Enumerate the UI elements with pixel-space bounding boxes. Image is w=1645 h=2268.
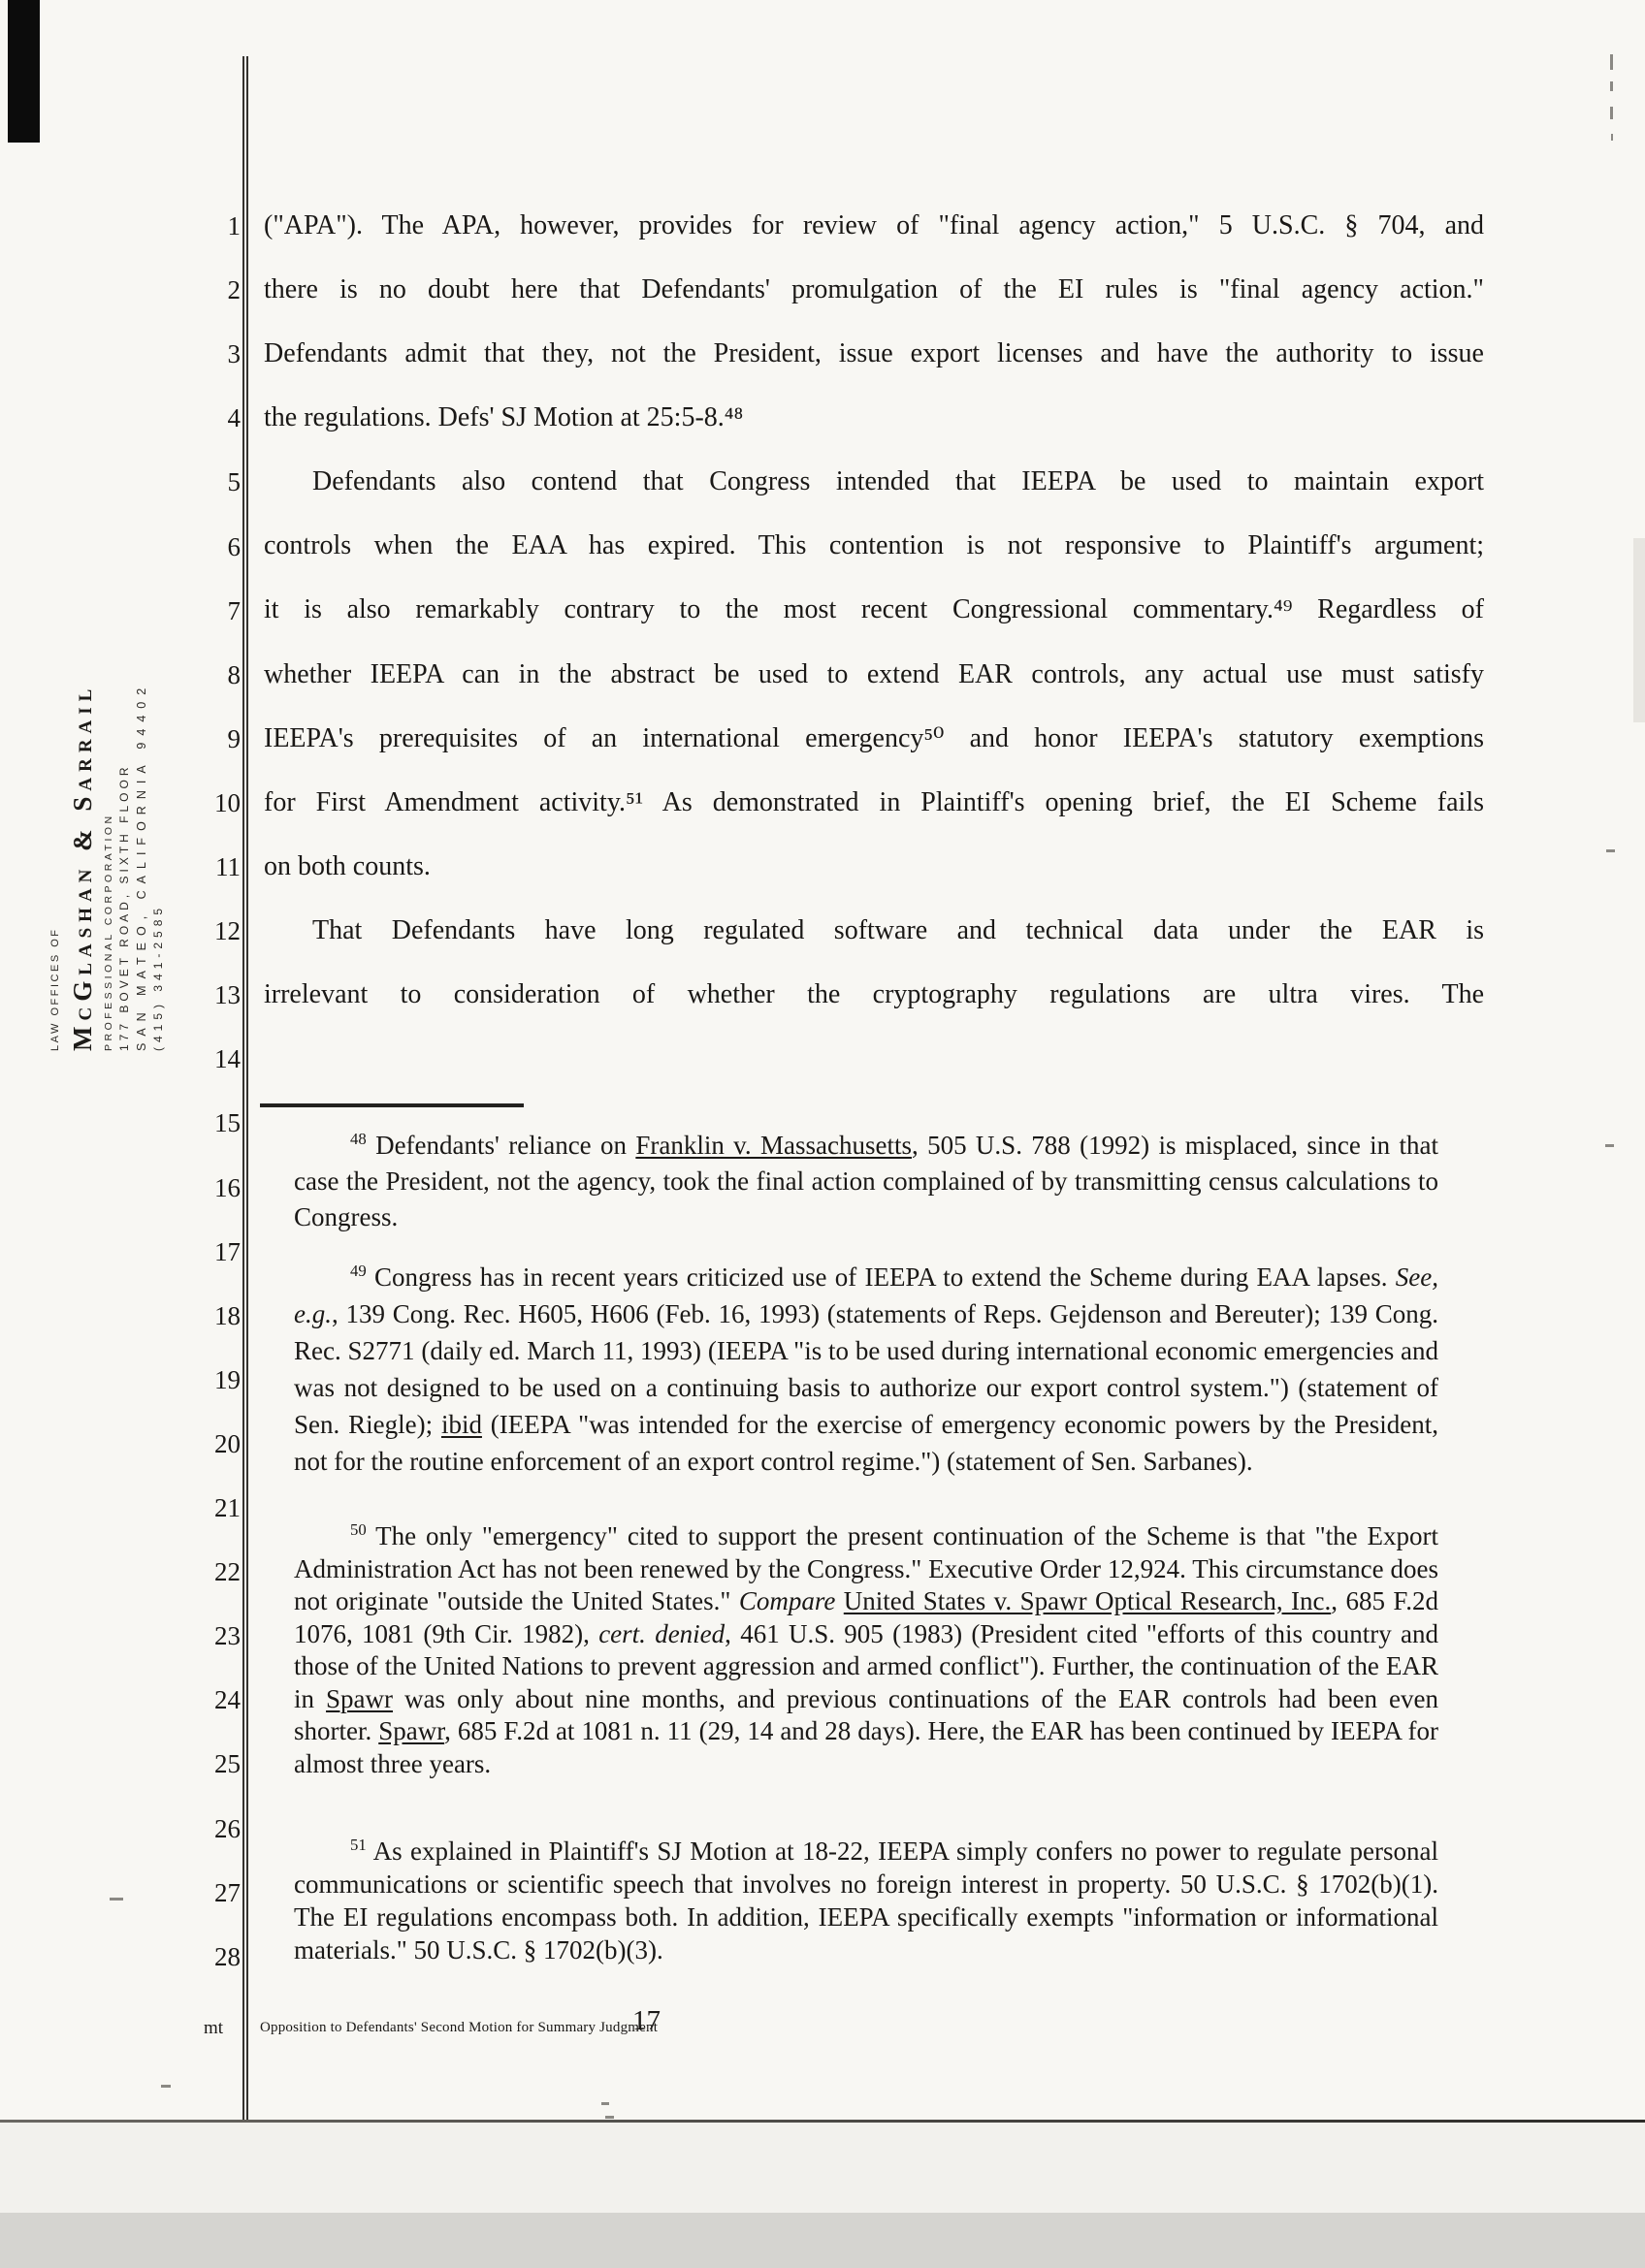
line-number: 17 (173, 1235, 241, 1268)
line-number: 22 (173, 1555, 241, 1588)
letterhead-street-address: 177 BOVET ROAD, SIXTH FLOOR (116, 574, 133, 1051)
line-number: 21 (173, 1491, 241, 1524)
footnote-50: 50 The only "emergency" cited to support… (294, 1520, 1438, 1780)
scan-artifact (1611, 134, 1613, 141)
footnote-49: 49 Congress has in recent years criticiz… (294, 1259, 1438, 1480)
body-line-13: irrelevant to consideration of whether t… (264, 978, 1484, 1011)
scan-artifact (161, 2085, 171, 2088)
body-line-1: ("APA"). The APA, however, provides for … (264, 209, 1484, 242)
page-bottom-edge-line (0, 2120, 1645, 2123)
body-line-4: the regulations. Defs' SJ Motion at 25:5… (264, 401, 1484, 434)
line-number: 9 (173, 722, 241, 755)
body-line-5: Defendants also contend that Congress in… (264, 465, 1484, 498)
line-number: 25 (173, 1747, 241, 1780)
line-number: 8 (173, 658, 241, 691)
letterhead-phone: (415) 341-2585 (150, 574, 167, 1051)
line-number: 3 (173, 337, 241, 370)
letterhead-professional-corporation: PROFESSIONAL CORPORATION (102, 574, 116, 1051)
line-number: 7 (173, 594, 241, 627)
body-line-11: on both counts. (264, 850, 1484, 883)
footnote-separator (260, 1103, 524, 1107)
line-number: 16 (173, 1171, 241, 1204)
scan-artifact (601, 2102, 609, 2105)
body-line-10: for First Amendment activity.⁵¹ As demon… (264, 786, 1484, 819)
line-number: 28 (173, 1940, 241, 1973)
line-number: 18 (173, 1299, 241, 1332)
line-number: 19 (173, 1363, 241, 1396)
line-number: 4 (173, 401, 241, 434)
scan-bottom-margin (0, 2123, 1645, 2213)
body-line-6: controls when the EAA has expired. This … (264, 529, 1484, 562)
margin-double-rule (242, 56, 248, 2122)
footnote-51: 51 As explained in Plaintiff's SJ Motion… (294, 1835, 1438, 1966)
line-number: 10 (173, 786, 241, 819)
scan-artifact (605, 2116, 614, 2119)
footer-document-title: Opposition to Defendants' Second Motion … (260, 2020, 658, 2036)
body-line-8: whether IEEPA can in the abstract be use… (264, 658, 1484, 691)
letterhead-firm-name: McGlashan & Sarrail (63, 574, 102, 1051)
scan-artifact (1610, 107, 1613, 119)
line-number: 23 (173, 1619, 241, 1652)
line-number: 26 (173, 1812, 241, 1845)
body-line-2: there is no doubt here that Defendants' … (264, 273, 1484, 306)
scan-artifact (1610, 81, 1613, 91)
letterhead-city-state-zip: SAN MATEO, CALIFORNIA 94402 (133, 574, 150, 1051)
line-number: 13 (173, 978, 241, 1011)
scan-artifact-page-curl (1633, 538, 1645, 722)
footer-preparer-initials: mt (204, 2018, 223, 2039)
line-number: 1 (173, 209, 241, 242)
scan-artifact (1605, 1144, 1614, 1147)
line-number: 27 (173, 1876, 241, 1909)
footer-page-number: 17 (632, 2005, 661, 2037)
scanner-background-band (0, 2213, 1645, 2268)
letterhead-rotated-block: LAW OFFICES OF McGlashan & Sarrail PROFE… (48, 574, 169, 1051)
body-line-7: it is also remarkably contrary to the mo… (264, 593, 1484, 626)
body-line-9: IEEPA's prerequisites of an internationa… (264, 722, 1484, 755)
scan-artifact (1606, 849, 1615, 852)
line-number: 20 (173, 1427, 241, 1460)
scan-artifact (1610, 54, 1613, 70)
scan-artifact (110, 1898, 123, 1901)
line-number: 14 (173, 1042, 241, 1075)
footnote-48: 48 Defendants' reliance on Franklin v. M… (294, 1128, 1438, 1235)
line-number: 5 (173, 465, 241, 498)
line-number: 2 (173, 273, 241, 306)
scan-artifact-black-bar (8, 0, 40, 143)
body-line-3: Defendants admit that they, not the Pres… (264, 337, 1484, 370)
letterhead-law-offices-of: LAW OFFICES OF (48, 574, 63, 1051)
line-number: 15 (173, 1106, 241, 1139)
line-number: 6 (173, 530, 241, 563)
line-number: 11 (173, 850, 241, 883)
line-number: 12 (173, 914, 241, 947)
body-line-12: That Defendants have long regulated soft… (264, 914, 1484, 947)
law-firm-letterhead: LAW OFFICES OF McGlashan & Sarrail PROFE… (48, 574, 169, 1051)
line-number: 24 (173, 1683, 241, 1716)
document-page: LAW OFFICES OF McGlashan & Sarrail PROFE… (0, 0, 1645, 2268)
